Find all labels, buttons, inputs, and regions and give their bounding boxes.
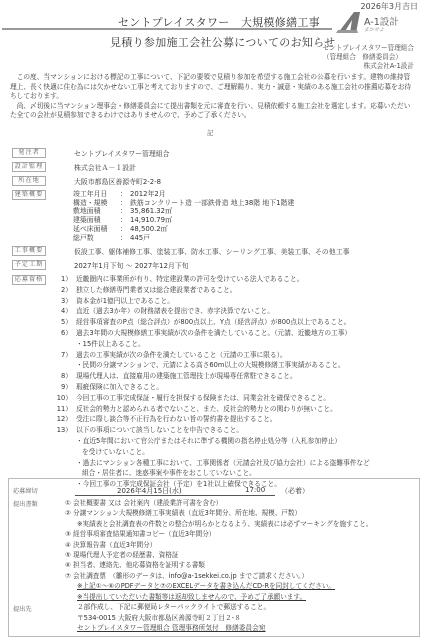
- field-value: 2027年1月下旬 ～ 2027年12月下旬: [74, 260, 189, 270]
- field-label: 予定工期: [12, 260, 46, 270]
- spec-key: 建築面積: [73, 216, 120, 225]
- qualification-item: 9）瑕疵保険に加入できること。: [52, 382, 370, 393]
- document-note: ※実績表と会社調査表の件数との整合が明らかとなるよう、実績表には必ずマーキングを…: [65, 519, 372, 529]
- qualification-subitem-cont: を受けていないこと。: [52, 447, 370, 458]
- spec-value: 48,500.2㎡: [130, 225, 168, 233]
- spec-key: 竣工年月日: [73, 190, 120, 199]
- spec-key: 延べ床面積: [73, 225, 120, 234]
- deadline-note: （必着）: [281, 486, 309, 496]
- field-schedule: 予定工期 2027年1月下旬 ～ 2027年12月下旬: [12, 260, 46, 270]
- deadline-time: 17:00: [245, 486, 265, 494]
- item-text: 組合・居住者に、迷惑事案や事件をおこしていないこと。: [82, 469, 256, 477]
- field-qualifications: 応募資格: [12, 275, 46, 285]
- field-value: 大阪市都島区善源寺町2-2-8: [74, 176, 161, 186]
- deadline-date: 2026年4月15日(水): [117, 486, 182, 496]
- item-text: 反社会的勢力と認められる者でないこと、また、反社会的勢力との関わりが無いこと。: [76, 405, 337, 413]
- destination-line-2: 〒534-0015 大阪府大阪市都島区善源寺町２丁目２-８: [77, 613, 270, 624]
- qualification-subitem: ・過去にマンション各種工事において、工事関係者（元請会社及び協力会社）による盗難…: [52, 458, 370, 469]
- logo-tagline: まかせよ: [364, 26, 384, 33]
- spec-sep: ：: [120, 199, 130, 208]
- document-note: ※上記①～⑥のPDFデータと⑦のEXCELデータを書き込んだCD-Rを同封してく…: [65, 581, 372, 591]
- item-text: ・過去にマンション各種工事において、工事関係者（元請会社及び協力会社）による盗難…: [76, 459, 370, 467]
- field-label: 設計監理: [12, 162, 46, 172]
- intro-text: この度、当マンションにおける標記の工事について、下記の要領で見積り参加を希望する…: [10, 73, 416, 121]
- destination-label: 提出先: [13, 604, 32, 613]
- item-number: 3）: [52, 296, 72, 307]
- spec-row: 敷地面積：35,861.32㎡: [73, 207, 294, 216]
- destination-line-3: セントプレイスタワー管理組合 管理事務所気付 修繕委員会宛: [77, 623, 270, 634]
- spec-row: 構造・規模：鉄筋コンクリート造 一部鉄骨造 地上38階 地下1階建: [73, 199, 294, 208]
- field-value: 株式会社Ａ－１設計: [74, 162, 136, 172]
- spec-sep: ：: [120, 234, 130, 243]
- documents-label: 提出書類: [13, 499, 38, 508]
- field-value: 仮設工事、躯体補修工事、塗装工事、防水工事、シーリング工事、美装工事、その他工事: [74, 246, 349, 256]
- item-number: 4）: [52, 306, 72, 317]
- item-text: 過去3年間の大規模修繕工事実績が次の条件を満たしていること。（元請、近畿地方の工…: [76, 329, 351, 337]
- field-label: 工事概要: [12, 246, 46, 256]
- spec-row: 建築面積：14,910.79㎡: [73, 216, 294, 225]
- document-item: ① 会社概要書 又は 会社案内（建設業許可書を含む）: [65, 498, 372, 508]
- deadline-label: 応募締切: [13, 486, 38, 495]
- spec-value: 445戸: [130, 234, 150, 242]
- document-item: ⑥ 担当者、連絡先、他応募資格を証明する書類: [65, 560, 372, 570]
- item-text: ・民間の分譲マンションで、元請による高さ60m以上の大規模修繕工事実績があること…: [76, 361, 345, 369]
- spec-sep: ：: [120, 216, 130, 225]
- item-text: 以下の事項について該当しないことを申告できること。: [76, 426, 243, 434]
- item-text: 瑕疵保険に加入できること。: [76, 383, 163, 391]
- item-number: 7）: [52, 350, 72, 361]
- spec-row: 延べ床面積：48,500.2㎡: [73, 225, 294, 234]
- spec-key: 敷地面積: [73, 207, 120, 216]
- field-location: 所在地 大阪市都島区善源寺町2-2-8: [12, 176, 46, 186]
- item-number: 6）: [52, 328, 72, 339]
- qualification-item: 3）資本金が1億円以上であること。: [52, 296, 370, 307]
- qualification-item: 5）経営事項審査のP点（総合評点）が800点以上、Y点（経営評点）が800点以上…: [52, 317, 370, 328]
- submission-box: 応募締切 2026年4月15日(水) 17:00 （必着） 提出書類 ① 会社概…: [8, 478, 420, 637]
- spec-sep: ：: [120, 190, 130, 199]
- qualification-item: 12）受注に際し談合等不正行為を行わない旨の誓約書を提出すること。: [52, 414, 370, 425]
- spec-value: 鉄筋コンクリート造 一部鉄骨造 地上38階 地下1階建: [130, 199, 294, 207]
- qualification-subitem: ・15件以上あること。: [52, 339, 370, 350]
- field-building: 建築概要: [12, 190, 46, 200]
- item-text: 直近（過去3か年）の財務諸表を提出でき、赤字決算でないこと。: [76, 307, 274, 315]
- qualification-item: 1）近畿圏内に事業所が有り、特定建設業の許可を受けている法人であること。: [52, 274, 370, 285]
- issuer-line-1: セントプレイスタワー管理組合: [323, 44, 414, 53]
- document-note: ※当提出していただいた書類等は返却致しませんので、予めご了承願います。: [65, 592, 372, 602]
- title-divider: [2, 28, 332, 30]
- document-item: ⑤ 現場代理人予定者の経歴書、資格証: [65, 550, 372, 560]
- field-supervisor: 設計監理 株式会社Ａ－１設計: [12, 162, 46, 172]
- field-label: 所在地: [12, 176, 46, 186]
- spec-key: 総戸数: [73, 234, 120, 243]
- item-text: 経営事項審査のP点（総合評点）が800点以上、Y点（経営評点）が800点以上であ…: [76, 318, 350, 326]
- intro-paragraph-1: この度、当マンションにおける標記の工事について、下記の要領で見積り参加を希望する…: [10, 73, 416, 102]
- ki-heading: 記: [207, 128, 214, 137]
- item-number: 5）: [52, 317, 72, 328]
- spec-row: 竣工年月日：2012年2月: [73, 190, 294, 199]
- item-text: 過去の工事実績が次の条件を満たしていること（元請の工事に限る）。: [76, 351, 287, 359]
- item-number: 9）: [52, 382, 72, 393]
- document-item: ④ 決算報告書（直近3年間分）: [65, 540, 372, 550]
- intro-paragraph-2: 尚、〆切後に当マンション理事会・修繕委員会にて提出書類を元に審査を行い、見積依頼…: [10, 102, 416, 121]
- item-text: 現場代理人は、直接雇用の建築施工管理技士が現場専任常駐できること。: [76, 372, 297, 380]
- item-text: 今回工事の工事完成保証・履行を担保する保険または、同業会社を確保できること。: [76, 394, 330, 402]
- item-text: ・15件以上あること。: [76, 340, 145, 348]
- issuer-block: セントプレイスタワー管理組合 （管理組合 修繕委員会） 株式会社A-1設計: [323, 44, 414, 71]
- qualification-item: 2）独立した修繕専門業者又は総合建設業者であること。: [52, 285, 370, 296]
- item-number: 8）: [52, 371, 72, 382]
- qualification-item: 8）現場代理人は、直接雇用の建築施工管理技士が現場専任常駐できること。: [52, 371, 370, 382]
- qualification-subitem: ・民間の分譲マンションで、元請による高さ60m以上の大規模修繕工事実績があること…: [52, 360, 370, 371]
- qualification-subitem: ・直近5年間において官公庁またはそれに準ずる機関の指名停止処分等（入札参加停止）: [52, 436, 370, 447]
- spec-row: 総戸数：445戸: [73, 234, 294, 243]
- item-text: 独立した修繕専門業者又は総合建設業者であること。: [76, 286, 237, 294]
- item-number: 12）: [52, 414, 72, 425]
- document-subtitle: 見積り参加施工会社公募についてのお知らせ: [110, 34, 335, 50]
- destination-address: ２部作成し、下記に郵便局レターパックライトで郵送すること。 〒534-0015 …: [77, 602, 270, 634]
- item-number: 13）: [52, 425, 72, 436]
- field-label: 建築概要: [12, 190, 46, 200]
- building-specs: 竣工年月日：2012年2月 構造・規模：鉄筋コンクリート造 一部鉄骨造 地上38…: [73, 190, 294, 242]
- item-text: 資本金が1億円以上であること。: [76, 297, 174, 305]
- field-value: セントプレイスタワー管理組合: [74, 148, 170, 158]
- spec-value: 2012年2月: [130, 190, 166, 198]
- item-text: を受けていないこと。: [82, 448, 149, 456]
- item-number: 2）: [52, 285, 72, 296]
- issuer-line-2: （管理組合 修繕委員会）: [323, 53, 414, 62]
- spec-value: 14,910.79㎡: [130, 216, 172, 224]
- field-label: 発注者: [12, 148, 46, 158]
- documents-list: ① 会社概要書 又は 会社案内（建設業許可書を含む） ② 分譲マンション大規模修…: [65, 498, 372, 602]
- item-text: 近畿圏内に事業所が有り、特定建設業の許可を受けている法人であること。: [76, 275, 303, 283]
- company-logo: A-1設計 まかせよ: [336, 10, 422, 36]
- item-text: 受注に際し談合等不正行為を行わない旨の誓約書を提出すること。: [76, 415, 277, 423]
- qualifications-list: 1）近畿圏内に事業所が有り、特定建設業の許可を受けている法人であること。 2）独…: [52, 274, 370, 490]
- qualification-item: 13）以下の事項について該当しないことを申告できること。: [52, 425, 370, 436]
- spec-value: 35,861.32㎡: [130, 207, 172, 215]
- qualification-item: 11）反社会的勢力と認められる者でないこと、また、反社会的勢力との関わりが無いこ…: [52, 404, 370, 415]
- field-orderer: 発注者 セントプレイスタワー管理組合: [12, 148, 46, 158]
- spec-sep: ：: [120, 225, 130, 234]
- document-item: ③ 経営事項審査結果通知書コピー（直近3年間分）: [65, 529, 372, 539]
- item-text: ・直近5年間において官公庁またはそれに準ずる機関の指名停止処分等（入札参加停止）: [76, 437, 341, 445]
- qualification-item: 6）過去3年間の大規模修繕工事実績が次の条件を満たしていること。（元請、近畿地方…: [52, 328, 370, 339]
- qualification-item: 10）今回工事の工事完成保証・履行を担保する保険または、同業会社を確保できること…: [52, 393, 370, 404]
- item-number: 10）: [52, 393, 72, 404]
- item-number: 11）: [52, 404, 72, 415]
- item-number: 1）: [52, 274, 72, 285]
- field-work: 工事概要 仮設工事、躯体補修工事、塗装工事、防水工事、シーリング工事、美装工事、…: [12, 246, 46, 256]
- field-label: 応募資格: [12, 275, 46, 285]
- a1-logo-icon: [336, 10, 362, 34]
- spec-sep: ：: [120, 207, 130, 216]
- destination-line-1: ２部作成し、下記に郵便局レターパックライトで郵送すること。: [77, 602, 270, 613]
- document-item: ② 分譲マンション大規模修繕工事実績表（直近3年間分、所在地、規模、戸数）: [65, 508, 372, 518]
- qualification-item: 7）過去の工事実績が次の条件を満たしていること（元請の工事に限る）。: [52, 350, 370, 361]
- document-item: ⑦ 会社調査票 （雛形のデータは、info@a-1sekkei.co.jp まで…: [65, 571, 372, 581]
- issuer-line-3: 株式会社A-1設計: [323, 62, 414, 71]
- qualification-item: 4）直近（過去3か年）の財務諸表を提出でき、赤字決算でないこと。: [52, 306, 370, 317]
